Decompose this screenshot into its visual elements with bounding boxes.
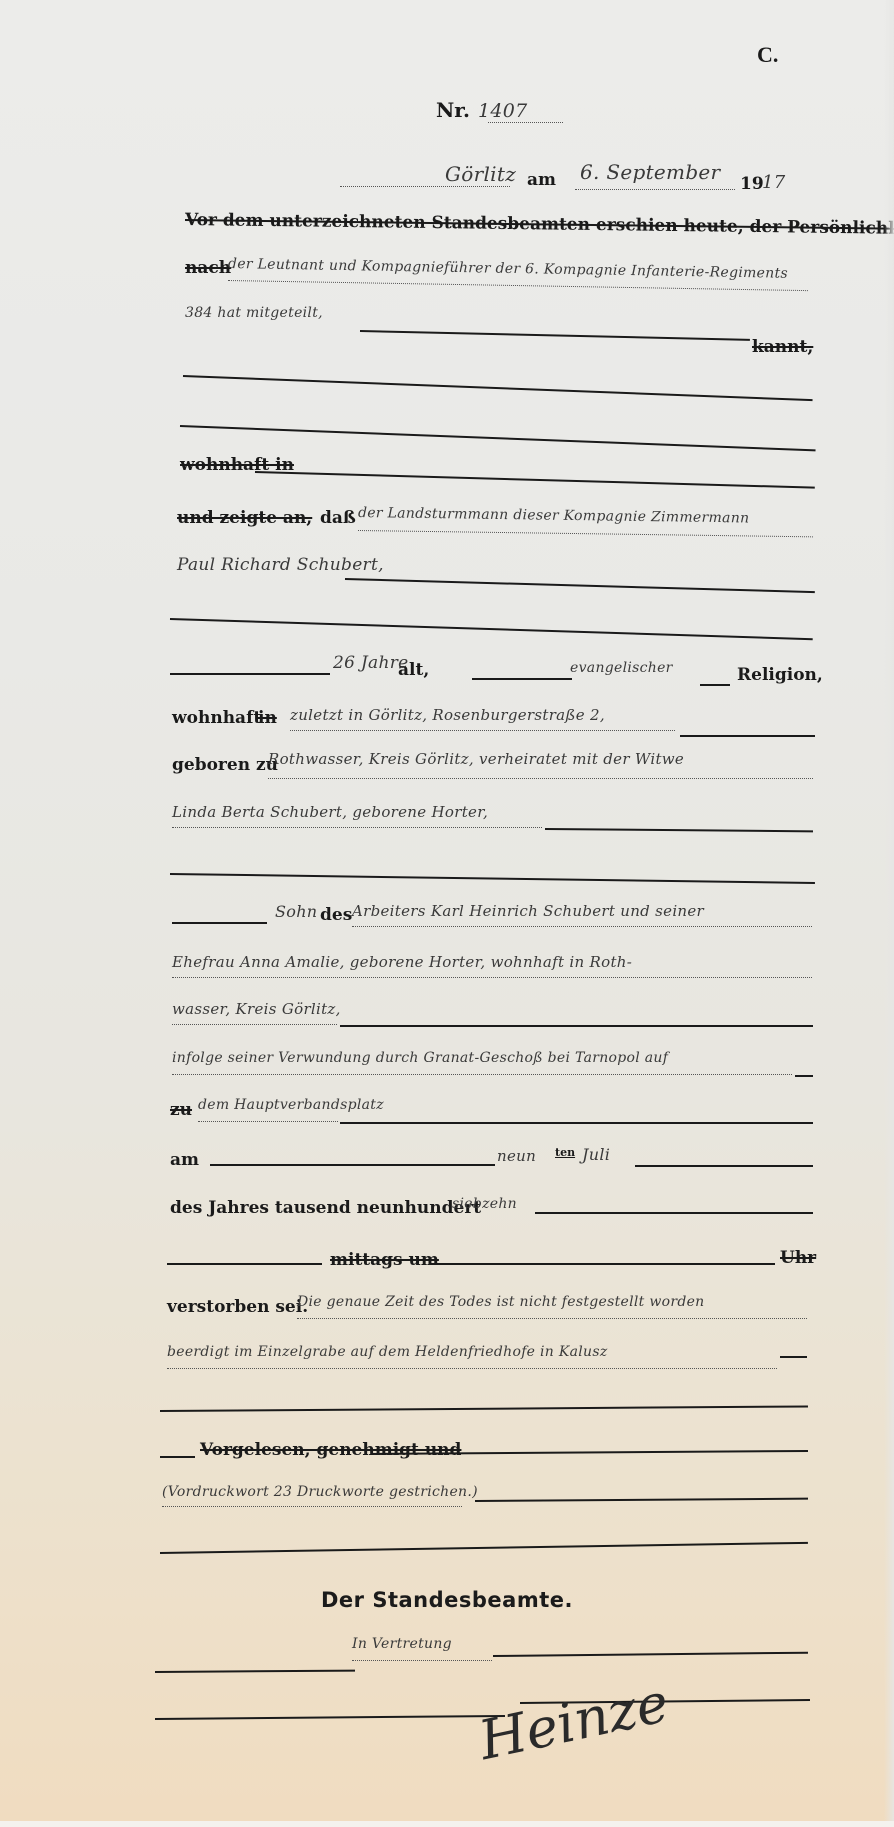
note-text: (Vordruckwort 23 Druckworte gestrichen.) (162, 1484, 478, 1500)
number-label: Nr. (436, 98, 470, 122)
remark-line-2: beerdigt im Einzelgrabe auf dem Heldenfr… (167, 1344, 608, 1360)
parents-line-1: Arbeiters Karl Heinrich Schubert und sei… (352, 902, 704, 920)
number-dotline (488, 122, 563, 123)
birthplace-line-2: Linda Berta Schubert, geborene Horter, (172, 803, 488, 821)
date-value: 6. September (580, 160, 720, 184)
nach-struck: nach (185, 258, 231, 278)
rule (170, 618, 813, 640)
remark-dotline-2 (167, 1368, 777, 1369)
rule (700, 684, 730, 686)
birthplace-dotline-2 (172, 827, 542, 828)
rule (345, 578, 815, 593)
rule (170, 873, 815, 884)
parents-dotline-1 (352, 926, 812, 927)
remark-line-1: Die genaue Zeit des Todes ist nicht fest… (297, 1294, 705, 1310)
uhr-struck: Uhr (780, 1248, 816, 1268)
rule (360, 330, 750, 341)
informant-line-1: der Leutnant und Kompagnieführer der 6. … (228, 256, 788, 282)
in-struck: in (258, 708, 277, 728)
cause-line-1: infolge seiner Verwundung durch Granat-G… (172, 1050, 668, 1066)
residence-dotline (290, 730, 675, 731)
verstorben-label: verstorben sei. (167, 1297, 308, 1317)
und-zeigte-an-struck: und zeigte an, (177, 508, 312, 528)
birthplace-line-1: Rothwasser, Kreis Görlitz, verheiratet m… (268, 750, 684, 768)
place-dotline (340, 186, 510, 187)
death-day-suffix: ten (555, 1146, 575, 1159)
deceased-line-1: der Landsturmmann dieser Kompagnie Zimme… (358, 505, 750, 526)
rule (493, 1652, 808, 1657)
parents-dotline-2 (172, 977, 812, 978)
death-day: neun (497, 1147, 536, 1165)
parents-line-2: Ehefrau Anna Amalie, geborene Horter, wo… (172, 953, 632, 971)
cause-dotline-2 (198, 1121, 338, 1122)
intro-struck-text: Vor dem unterzeichneten Standesbeamten e… (185, 210, 894, 239)
parents-prefix: Sohn (275, 902, 317, 921)
in-vertretung-text: In Vertretung (352, 1636, 452, 1652)
death-register-page: C. Nr. 1407 Görlitz am 6. September 19 1… (0, 0, 894, 1827)
year-prefix: 19 (740, 174, 764, 194)
rule (183, 375, 813, 401)
zu-struck: zu (170, 1100, 192, 1120)
rule (160, 1456, 195, 1458)
rule (475, 1498, 808, 1502)
remark-dotline-1 (297, 1318, 807, 1319)
date-label: am (527, 170, 556, 190)
rule (780, 1356, 807, 1358)
rule (340, 1025, 813, 1027)
dass-label: daß (320, 508, 356, 528)
kannt-struck: kannt, (752, 337, 813, 357)
date-dotline (575, 189, 735, 190)
rule (210, 1164, 495, 1166)
birthplace-dotline-1 (268, 778, 813, 779)
page-edge-shadow (884, 0, 894, 1827)
rule (430, 1263, 775, 1265)
rule (167, 1263, 322, 1265)
vertretung-dotline (352, 1660, 492, 1661)
page-bottom-edge (0, 1821, 894, 1827)
rule (155, 1670, 355, 1673)
informant-line-2: 384 hat mitgeteilt, (185, 305, 323, 321)
religion-value: evangelischer (570, 660, 673, 676)
note-dotline (162, 1506, 462, 1507)
rule (795, 1075, 813, 1077)
rule (172, 922, 267, 924)
religion-label: Religion, (737, 665, 823, 685)
deceased-line-2: Paul Richard Schubert, (177, 555, 384, 575)
place-value: Görlitz (445, 162, 516, 186)
rule (472, 678, 572, 680)
alt-label: alt, (398, 660, 429, 680)
rule (180, 425, 816, 451)
geboren-zu-label: geboren zu (172, 755, 278, 775)
year-suffix: 17 (762, 172, 786, 193)
deceased-dotline-1 (358, 530, 813, 537)
death-month: Juli (582, 1145, 610, 1164)
am-label: am (170, 1150, 199, 1170)
vorgelesen-struck: Vorgelesen, genehmigt und (200, 1440, 461, 1460)
rule (680, 735, 815, 737)
form-letter: C. (757, 42, 778, 68)
rule (545, 828, 813, 832)
official-signature: Heinze (474, 1671, 674, 1772)
rule (170, 673, 330, 675)
des-label: des (320, 905, 352, 925)
mittags-um-struck: mittags um (330, 1250, 439, 1270)
rule (340, 1122, 813, 1124)
cause-dotline-1 (172, 1074, 792, 1075)
residence-value: zuletzt in Görlitz, Rosenburgerstraße 2, (290, 706, 605, 724)
number-value: 1407 (478, 100, 528, 122)
informant-dotline-1 (228, 280, 808, 291)
cause-line-2: dem Hauptverbandsplatz (198, 1097, 384, 1113)
parents-line-3: wasser, Kreis Görlitz, (172, 1000, 341, 1018)
rule (160, 1542, 808, 1554)
rule (160, 1405, 808, 1412)
rule (155, 1715, 505, 1720)
rule (635, 1165, 813, 1167)
year-value: siebzehn (452, 1196, 517, 1212)
parents-dotline-3 (172, 1024, 337, 1025)
rule (535, 1212, 813, 1214)
record-number: Nr. 1407 (436, 98, 528, 122)
official-title: Der Standesbeamte. (0, 1588, 894, 1612)
year-label: des Jahres tausend neunhundert (170, 1198, 481, 1218)
rule (255, 471, 815, 489)
wohnhaft-label: wohnhaft (172, 708, 261, 728)
